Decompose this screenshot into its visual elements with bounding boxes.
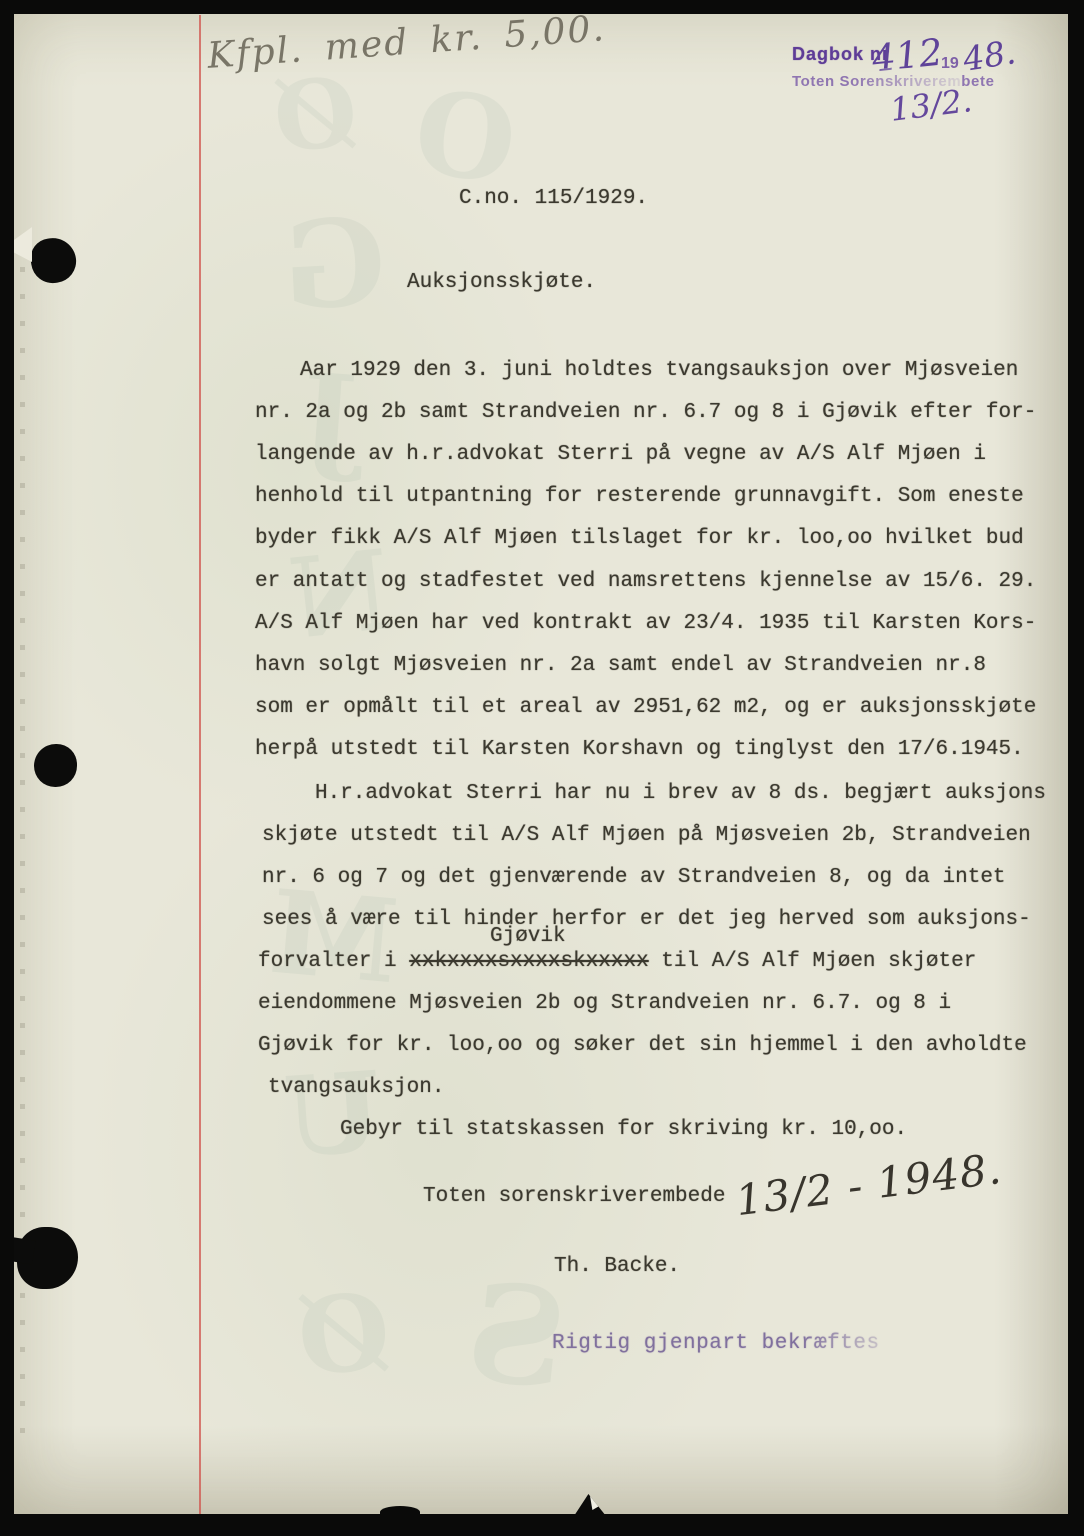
typed-line: herpå utstedt til Karsten Korshavn og ti…	[255, 739, 1024, 760]
bleed-through-letter: G	[280, 202, 389, 327]
typed-line: nr. 2a og 2b samt Strandveien nr. 6.7 og…	[255, 402, 1036, 423]
bleed-through-letter: N	[285, 535, 396, 655]
case-number: C.no. 115/1929.	[459, 188, 648, 209]
signature: Th. Backe.	[554, 1256, 680, 1277]
scan-edge	[0, 1514, 1084, 1536]
office-line: Toten sorenskriverembede	[423, 1186, 725, 1207]
typed-line: H.r.advokat Sterri har nu i brev av 8 ds…	[315, 783, 1046, 804]
scan-edge	[0, 0, 1084, 14]
typed-line: A/S Alf Mjøen har ved kontrakt av 23/4. …	[255, 613, 1036, 634]
typed-line: Gjøvik	[490, 926, 566, 947]
bleed-through-letter: O	[407, 74, 522, 202]
stamp-year-handwritten: 48.	[960, 32, 1018, 79]
typed-line: eiendommene Mjøsveien 2b og Strandveien …	[258, 993, 951, 1014]
typed-line: forvalter i xxkxxxxsxxxxskxxxxx til A/S …	[258, 951, 976, 972]
typed-line: Aar 1929 den 3. juni holdtes tvangsauksj…	[300, 360, 1018, 381]
bleed-through-letter: M	[265, 875, 402, 1001]
bleed-through-letter: Ø	[294, 1278, 394, 1391]
typed-line: nr. 6 og 7 og det gjenværende av Strandv…	[262, 867, 1006, 888]
typed-line: Gjøvik for kr. loo,oo og søker det sin h…	[258, 1035, 1027, 1056]
typed-line: henhold til utpantning for resterende gr…	[255, 486, 1024, 507]
bleed-through-letter: Ø	[270, 65, 361, 167]
typed-line: byder fikk A/S Alf Mjøen tilslaget for k…	[255, 528, 1024, 549]
typed-line: er antatt og stadfestet ved namsrettens …	[255, 571, 1036, 592]
typed-line: havn solgt Mjøsveien nr. 2a samt endel a…	[255, 655, 986, 676]
scan-edge	[1068, 0, 1084, 1536]
document-title: Auksjonsskjøte.	[407, 272, 596, 293]
margin-line	[199, 15, 201, 1514]
punch-hole	[34, 744, 77, 787]
typed-line: langende av h.r.advokat Sterri på vegne …	[255, 444, 986, 465]
certification-stamp-fade	[800, 1326, 895, 1360]
bleed-through-letter: U	[282, 1057, 385, 1173]
typed-line: skjøte utstedt til A/S Alf Mjøen på Mjøs…	[262, 825, 1031, 846]
scanned-document-page: OØGJNMUSØ Kfpl. med kr. 5,00. Dagbok nr …	[0, 0, 1084, 1536]
typed-line: som er opmålt til et areal av 2951,62 m2…	[255, 697, 1036, 718]
scan-edge	[0, 0, 14, 1536]
typed-line: tvangsauksjon.	[268, 1077, 444, 1098]
typed-line: sees å være til hinder herfor er det jeg…	[262, 909, 1031, 930]
typed-line: Gebyr til statskassen for skriving kr. 1…	[340, 1119, 907, 1140]
